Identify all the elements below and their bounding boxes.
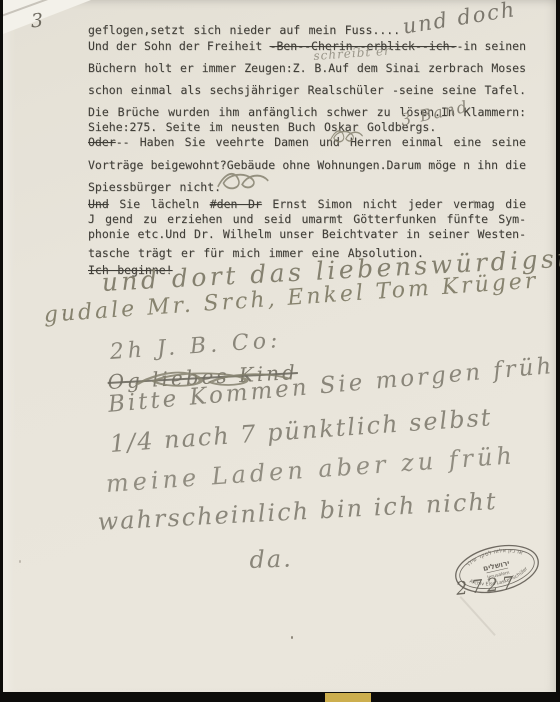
scribble-after-nicht (216, 170, 272, 194)
typed-text: schon einmal als sechsjähriger Realschül… (88, 83, 526, 97)
typed-line-2: Und der Sohn der Freiheit -Ben--Cherin--… (88, 40, 526, 53)
paper-specks (291, 636, 293, 639)
typed-text: Vorträge beigewohnt?Gebäude ohne Wohnung… (88, 158, 526, 172)
folded-corner (3, 0, 91, 34)
typed-line-11: J gend zu erziehen und seid umarmt Götte… (88, 213, 526, 226)
pencil-line-9: da. (249, 544, 293, 573)
typed-line-6: Siehe:275. Seite im neusten Buch Oskar G… (88, 121, 526, 134)
typed-line-4: schon einmal als sechsjähriger Realschül… (88, 84, 526, 97)
typed-text: Siehe:275. Seite im neusten Buch Oskar G… (88, 120, 436, 134)
page-number: 3 (30, 10, 44, 33)
typed-text: Ernst Simon nicht jeder vermag die (262, 197, 526, 211)
typed-line-8: Vorträge beigewohnt?Gebäude ohne Wohnung… (88, 159, 526, 172)
typed-text: Und der Sohn der Freiheit (88, 39, 270, 53)
typed-line-7: Oder-- Haben Sie veehrte Damen und Herre… (88, 136, 526, 149)
pencil-line-3: 2h J. B. Co: (109, 328, 282, 365)
typed-text: Sie lächeln (109, 197, 210, 211)
typed-text: geflogen,setzt sich nieder auf mein Fuss… (88, 23, 400, 37)
typed-line-3: Büchern holt er immer Zeugen:Z. B.Auf de… (88, 62, 526, 75)
typed-text: J gend zu erziehen und seid umarmt Götte… (88, 212, 526, 226)
struck-text: #den Dr (210, 197, 262, 211)
struck-text: Oder (88, 135, 116, 149)
typed-text: -- Haben Sie veehrte Damen und Herren ei… (116, 135, 526, 149)
archive-stamp: ארכיון אלזה לסקר שילר ירושלים Jerusalem … (445, 526, 549, 611)
typed-line-10: Und Sie lächeln #den Dr Ernst Simon nich… (88, 198, 526, 211)
struck-text: Und (88, 197, 109, 211)
paper-sheet: 3 geflogen,setzt sich nieder auf mein Fu… (3, 0, 556, 692)
typed-line-12: phonie etc.Und Dr. Wilhelm unser Beichtv… (88, 228, 526, 241)
typed-text: Spiessbürger nicht. (88, 180, 221, 194)
scribble-over-und (329, 128, 365, 146)
scan-edge-left (0, 0, 3, 702)
typed-line-9: Spiessbürger nicht. (88, 181, 526, 194)
typed-text: Büchern holt er immer Zeugen:Z. B.Auf de… (88, 61, 526, 75)
typed-text: phonie etc.Und Dr. Wilhelm unser Beichtv… (88, 227, 526, 241)
tape-fragment (325, 693, 371, 702)
scanned-page: 3 geflogen,setzt sich nieder auf mein Fu… (0, 0, 560, 702)
typed-text: -in seinen (456, 39, 526, 53)
